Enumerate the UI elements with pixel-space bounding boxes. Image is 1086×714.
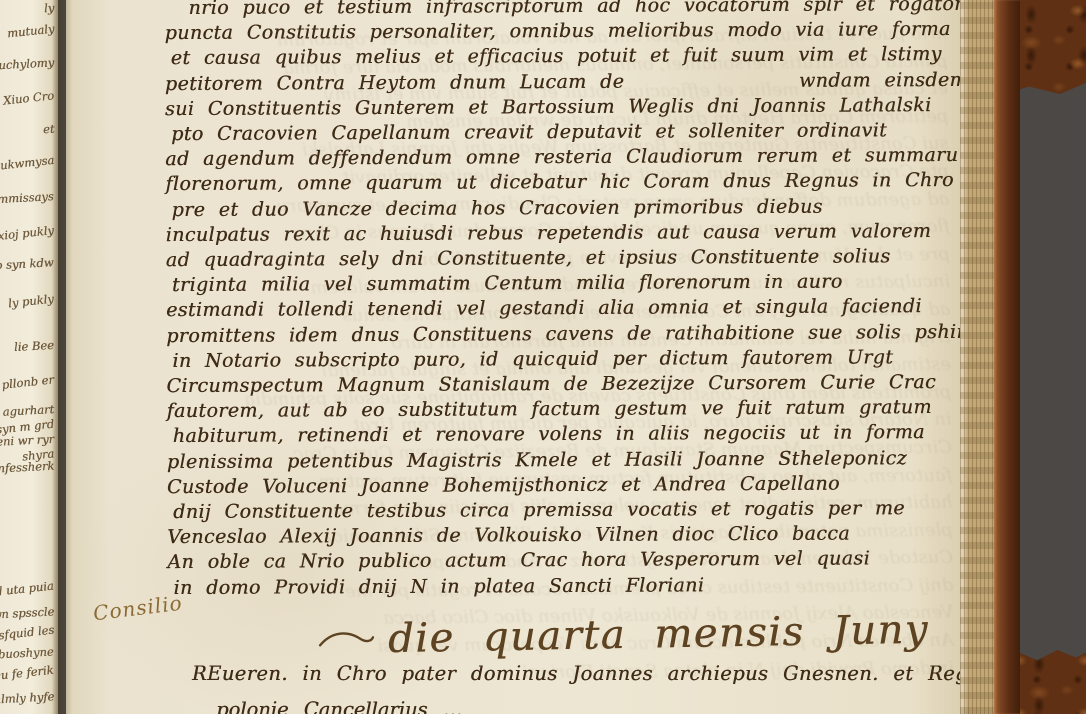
line-end-fragment: sfrmadyn spsscle — [0, 605, 54, 622]
line-end-fragment: mexioj pukly — [0, 224, 54, 244]
line-end-fragment: csylvy ad uta puia — [0, 580, 54, 603]
manuscript-line: florenorum, omne quarum ut dicebatur hic… — [165, 168, 964, 197]
manuscript-page: nrio puco et testium infrascriptorum ad … — [66, 0, 964, 714]
section-heading-text: die quarta mensis Juny — [388, 607, 930, 662]
marginal-note: Consilio — [92, 591, 184, 626]
manuscript-line: in domo Providi dnij N in platea Sancti … — [167, 572, 964, 601]
line-end-fragment: lio syn kdw — [0, 256, 54, 271]
line-end-fragment: hud et buoshyne — [0, 645, 54, 662]
main-text-block: nrio puco et testium infrascriptorum ad … — [164, 0, 964, 601]
manuscript-scan: lymutualybuchylomyXiuo Croetsukwmysademm… — [0, 0, 1086, 714]
manuscript-line: ad quadraginta sely dni Constituente, et… — [166, 244, 964, 273]
previous-page-sliver: lymutualybuchylomyXiuo Croetsukwmysademm… — [0, 0, 58, 714]
book-fore-edge — [960, 0, 998, 714]
manuscript-line: promittens idem dnus Constituens cavens … — [166, 320, 964, 349]
line-end-fragment: ly pukly — [8, 293, 55, 310]
line-end-fragment: rur confessherk — [0, 460, 54, 477]
line-end-fragment: buchylomy — [0, 56, 54, 71]
manuscript-line-partial: polonie Cancellarius … — [216, 698, 462, 714]
line-end-fragment: demmissays — [0, 190, 54, 206]
pen-flourish-icon — [318, 628, 374, 651]
manuscript-line: REueren. in Chro pater dominus Joannes a… — [192, 662, 964, 685]
leather-cover-edge — [994, 0, 1020, 714]
manuscript-line: estimandi tollendi tenendi vel gestandi … — [166, 294, 964, 323]
gutter-shadow — [52, 0, 72, 714]
line-end-fragment: ssefeu fe ferik — [0, 664, 54, 685]
section-heading: die quarta mensis Juny — [318, 607, 930, 664]
manuscript-line: plenissima petentibus Magistris Kmele et… — [167, 446, 964, 475]
line-end-fragment: sukwmysa — [0, 154, 54, 172]
line-end-fragment: ur pllonb er — [0, 373, 54, 392]
manuscript-line: habiturum, retinendi et renovare volens … — [167, 420, 964, 449]
line-end-fragment: m qusfquid les — [0, 624, 54, 645]
line-end-fragment: mlmly hyfe — [0, 690, 54, 705]
manuscript-line: An oble ca Nrio publico actum Crac hora … — [167, 546, 964, 575]
manuscript-line: et causa quibus melius et efficacius pot… — [165, 42, 964, 71]
line-end-fragment: Xiuo Cro — [2, 89, 54, 106]
manuscript-line: petitorem Contra Heytom dnum Lucam de wn… — [165, 68, 964, 97]
line-end-fragment: lie Bee — [14, 339, 54, 353]
line-end-fragment: mutualy — [6, 23, 54, 40]
